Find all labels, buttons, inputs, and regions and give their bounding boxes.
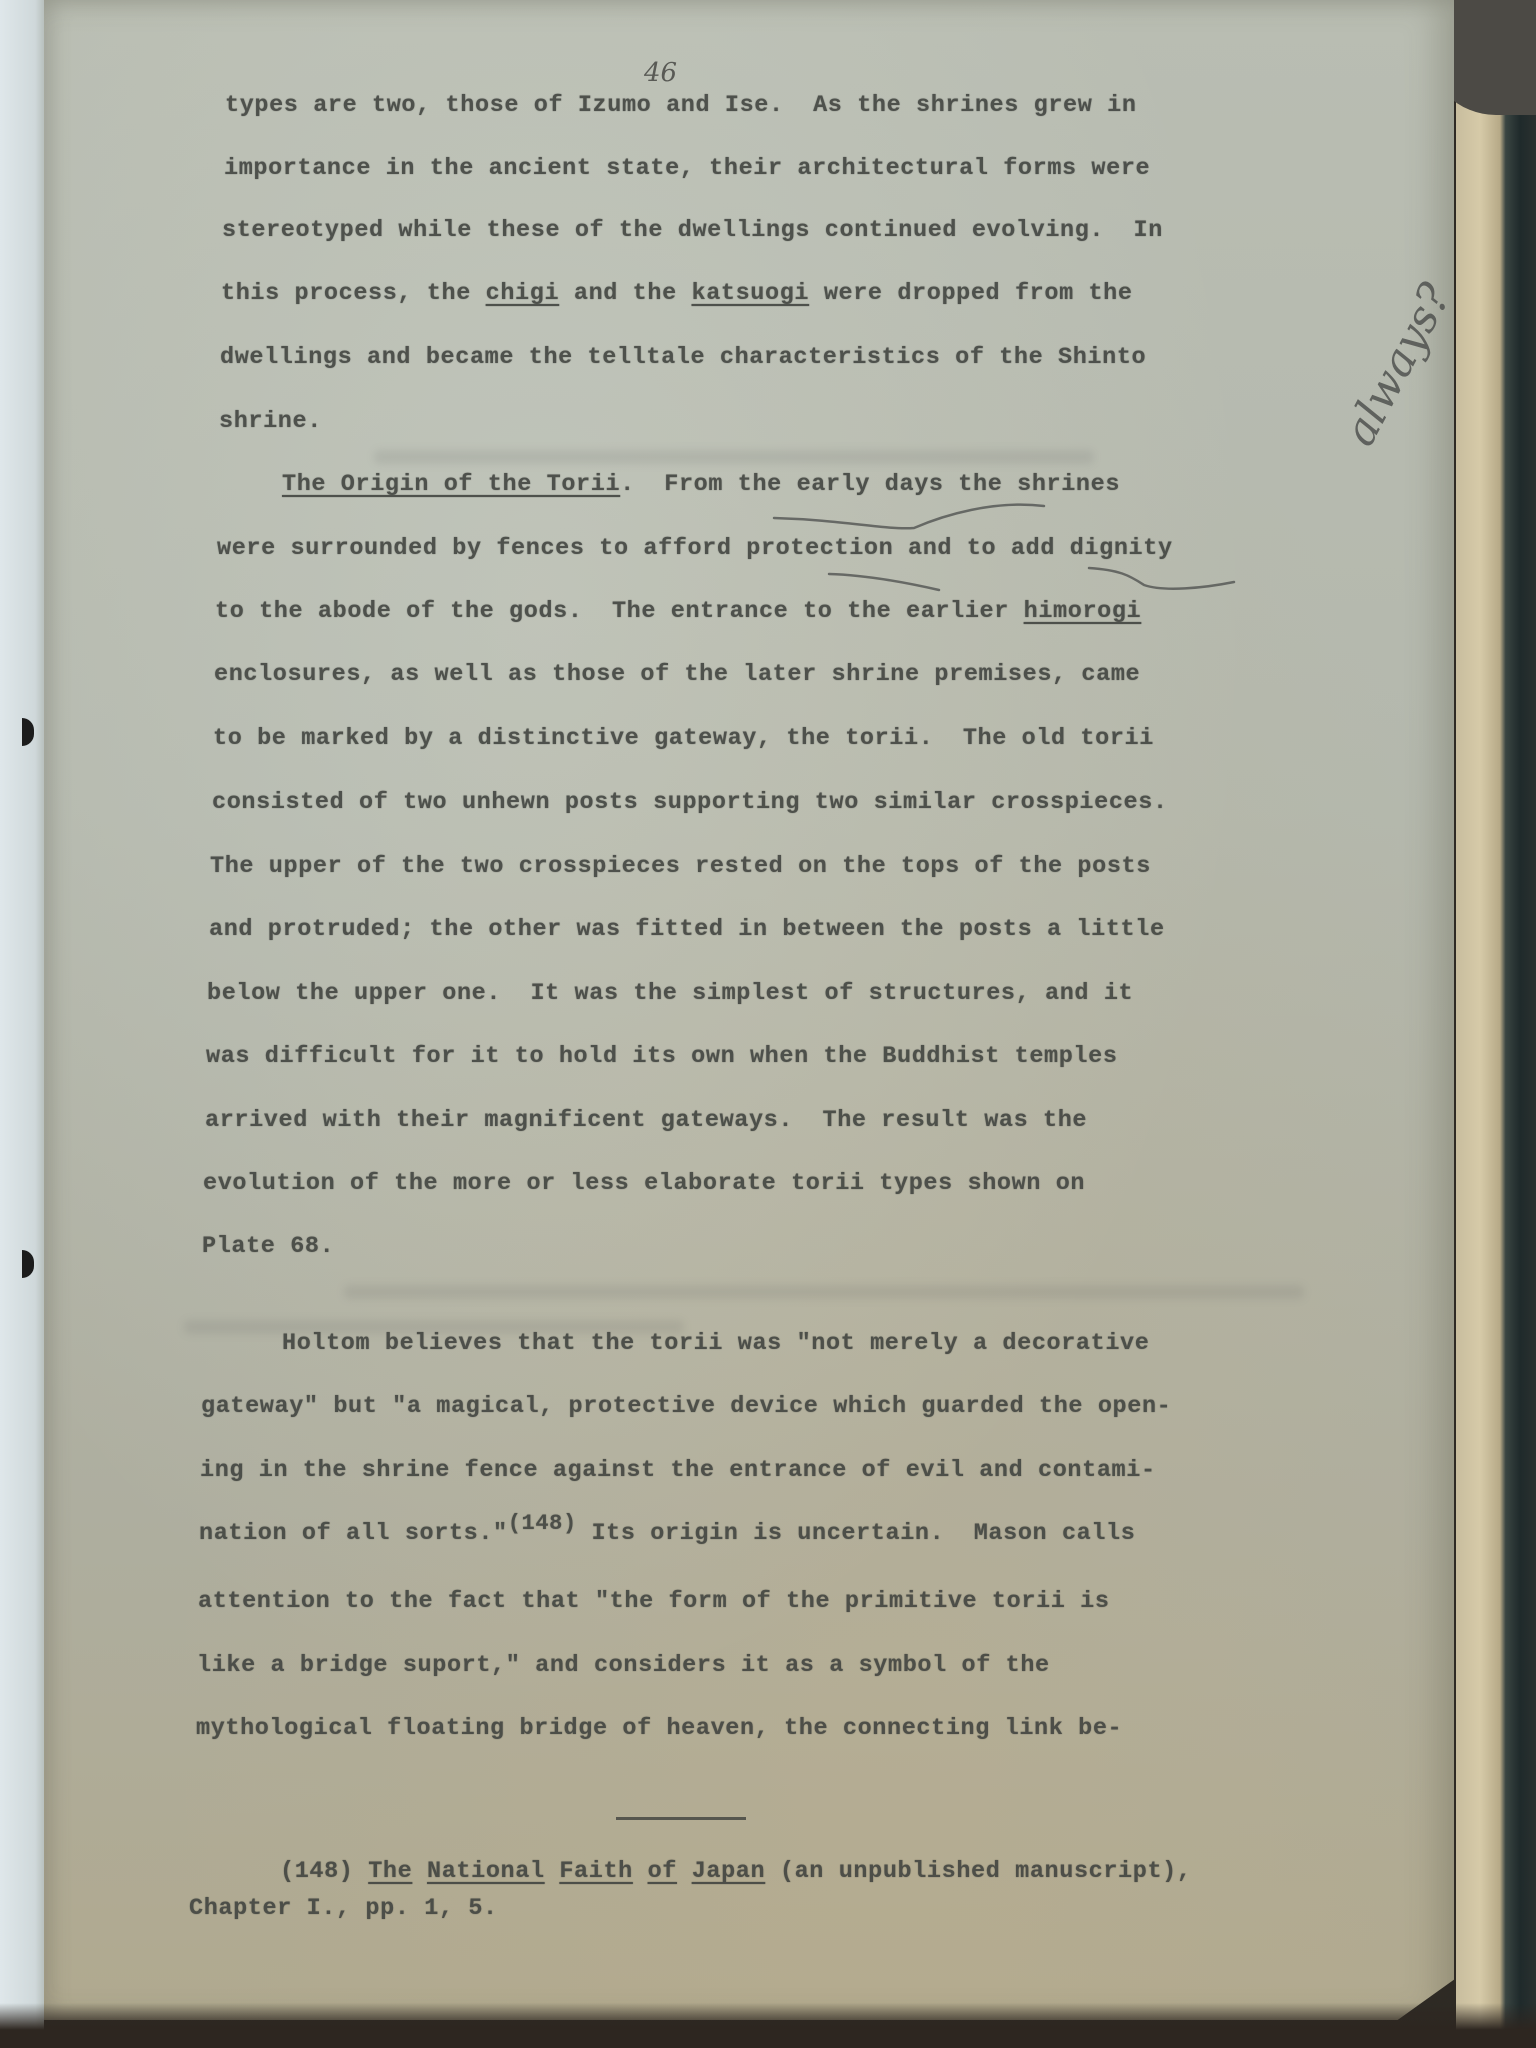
pencil-underline-marks bbox=[44, 0, 1454, 2020]
book-cover-edge bbox=[1456, 0, 1536, 2048]
typewritten-page: 46 types are two, those of Izumo and Ise… bbox=[44, 0, 1454, 2020]
bottom-shadow bbox=[0, 2003, 1536, 2048]
footnote-separator bbox=[616, 1817, 746, 1820]
background-left bbox=[0, 0, 44, 2048]
